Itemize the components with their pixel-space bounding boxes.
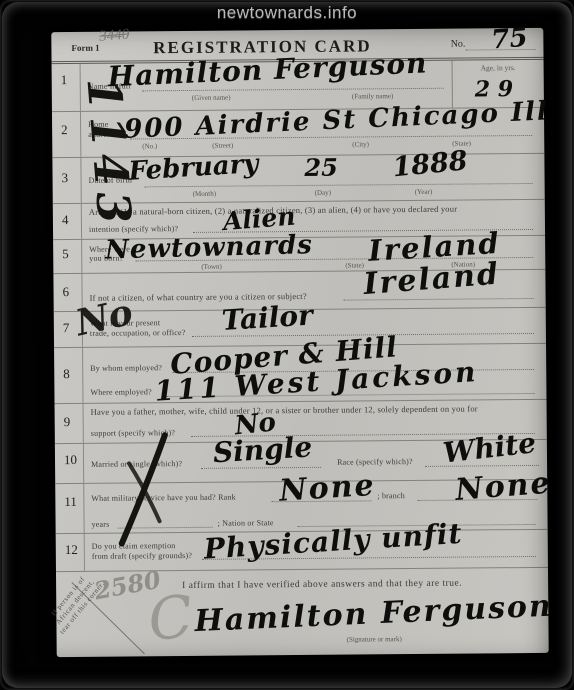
card-no-label: No.: [451, 39, 466, 50]
number-column-line: [83, 484, 84, 533]
watermark-text: newtownards.info: [0, 3, 574, 23]
branch-answer: None: [454, 468, 552, 505]
citizenship-answer: Alien: [222, 204, 296, 235]
birth-year-answer: 1888: [391, 147, 468, 181]
month-sublabel: (Month): [193, 190, 216, 198]
marital-answer: Single: [212, 433, 313, 467]
age-value: 2 9: [475, 78, 513, 100]
occupation-answer: Tailor: [221, 302, 314, 336]
row-number: 8: [63, 366, 70, 382]
where-employed-label: Where employed?: [90, 387, 151, 397]
number-column-line: [80, 158, 81, 203]
row-number: 10: [64, 452, 77, 468]
state-sublabel-2: (State): [345, 261, 364, 269]
number-column-line: [81, 240, 82, 273]
row-employer: 8 By whom employed? Cooper & Hill Where …: [54, 344, 546, 404]
street-sublabel: (Street): [212, 142, 233, 150]
number-column-line: [84, 534, 85, 571]
day-sublabel: (Day): [315, 189, 331, 197]
age-label: Age, in yrs.: [453, 63, 544, 73]
birth-day-answer: 25: [304, 156, 338, 180]
signature-caption: (Signature or mark): [347, 635, 402, 643]
card-no-value: 75: [490, 25, 528, 54]
row-number: 9: [64, 414, 71, 430]
birthdate-dotline: [145, 183, 533, 187]
town-sublabel: (Town): [201, 263, 222, 271]
birth-month-answer: February: [128, 151, 259, 185]
row-number: 4: [62, 212, 69, 228]
cross-out-mark: [107, 429, 178, 550]
row-number: 7: [63, 320, 70, 336]
row-number: 11: [64, 494, 77, 510]
row-number: 2: [61, 122, 68, 138]
citizen-of-answer: Ireland: [362, 260, 500, 301]
rank-answer: None: [278, 471, 376, 507]
row-number: 12: [65, 542, 78, 558]
number-column-line: [81, 204, 82, 239]
race-label: Race (specify which)?: [337, 457, 413, 467]
nation-or-state-label: ; Nation or State: [218, 518, 274, 527]
given-name-sublabel: (Given name): [192, 94, 231, 102]
registration-card: Form 1 3440 REGISTRATION CARD No. 75 1 N…: [51, 28, 548, 657]
row-number: 1: [61, 72, 68, 88]
year-sublabel: (Year): [415, 188, 433, 196]
scanned-page: newtownards.info Form 1 3440 REGISTRATIO…: [0, 0, 574, 690]
number-column-line: [82, 348, 83, 403]
signature: Hamilton Ferguson: [194, 592, 553, 638]
row-number: 3: [61, 170, 68, 186]
row-number: 6: [62, 284, 69, 300]
branch-label: ; branch: [377, 491, 405, 500]
exemption-label-2: from draft (specify grounds)?: [92, 551, 192, 561]
race-answer: White: [442, 429, 538, 467]
dependents-question: Have you a father, mother, wife, child u…: [91, 403, 478, 416]
number-column-line: [83, 404, 84, 443]
city-sublabel: (City): [352, 140, 369, 148]
family-name-sublabel: (Family name): [352, 92, 393, 100]
pencil-letter: C: [145, 587, 196, 650]
employer-label: By whom employed?: [90, 363, 162, 373]
row-number: 5: [62, 246, 69, 262]
number-column-line: [83, 444, 84, 483]
